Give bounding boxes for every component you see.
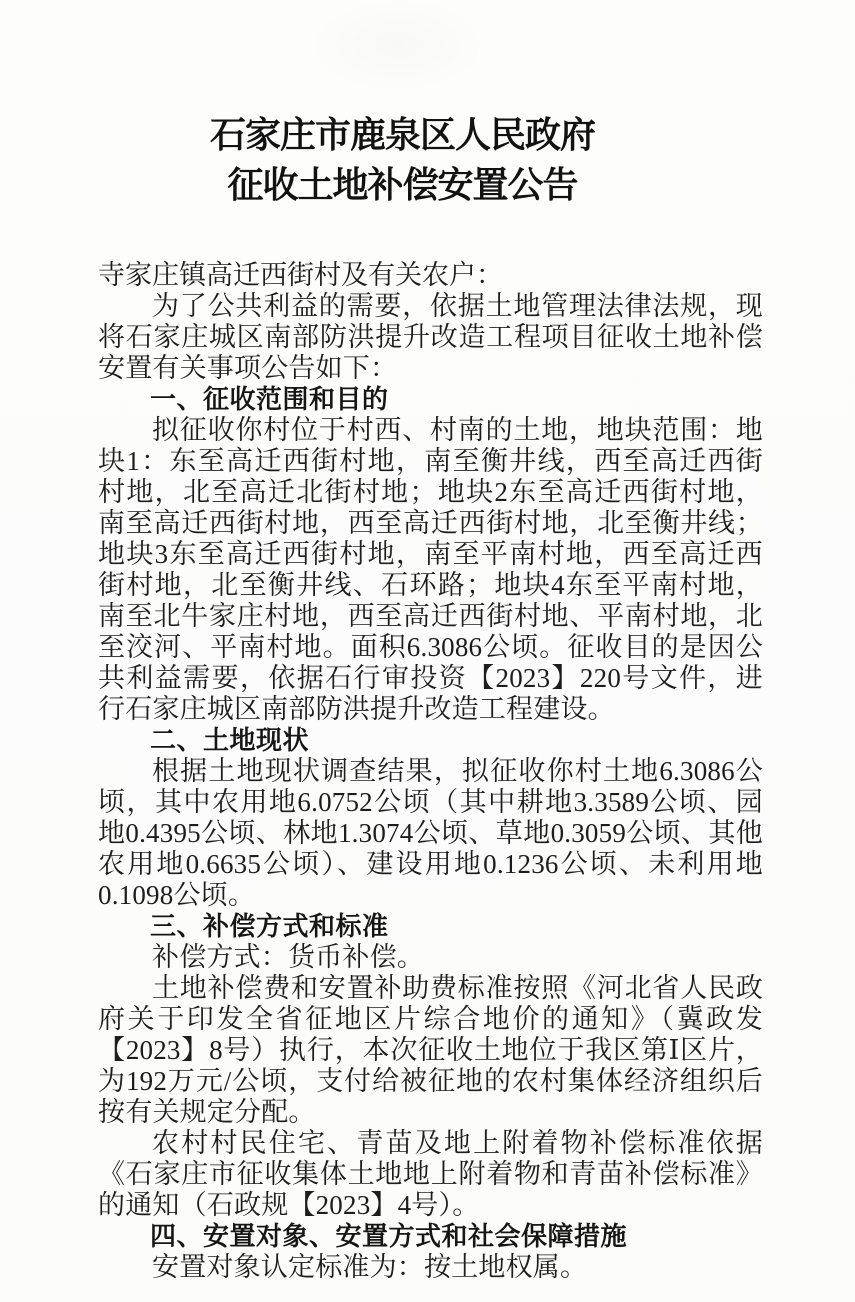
section-heading-1: 一、征收范围和目的 [98, 384, 763, 415]
paragraph-attachment-comp: 农村村民住宅、青苗及地上附着物补偿标准依据《石家庄市征收集体土地地上附着物和青苗… [98, 1128, 763, 1221]
section-heading-3: 三、补偿方式和标准 [98, 911, 763, 942]
salutation-line: 寺家庄镇高迁西街村及有关农户： [98, 260, 763, 291]
document-title-line-1: 石家庄市鹿泉区人民政府 [70, 110, 735, 160]
paragraph-land-status: 根据土地现状调查结果，拟征收你村土地6.3086公顷，其中农用地6.0752公顷… [98, 756, 763, 911]
paragraph-resettle-target: 安置对象认定标准为：按土地权属。 [98, 1252, 763, 1283]
document-title: 石家庄市鹿泉区人民政府 征收土地补偿安置公告 [70, 110, 735, 210]
paragraph-comp-method: 补偿方式：货币补偿。 [98, 942, 763, 973]
paragraph-intro: 为了公共利益的需要，依据土地管理法律法规，现将石家庄城区南部防洪提升改造工程项目… [98, 291, 763, 384]
document-content: 石家庄市鹿泉区人民政府 征收土地补偿安置公告 寺家庄镇高迁西街村及有关农户： 为… [0, 110, 855, 1283]
paragraph-scope: 拟征收你村位于村西、村南的土地，地块范围：地块1：东至高迁西街村地，南至衡井线，… [98, 415, 763, 725]
section-heading-4: 四、安置对象、安置方式和社会保障措施 [98, 1221, 763, 1252]
document-title-line-2: 征收土地补偿安置公告 [70, 160, 735, 210]
section-heading-2: 二、土地现状 [98, 725, 763, 756]
document-page: 石家庄市鹿泉区人民政府 征收土地补偿安置公告 寺家庄镇高迁西街村及有关农户： 为… [0, 0, 855, 1302]
paragraph-comp-standard: 土地补偿费和安置补助费标准按照《河北省人民政府关于印发全省征地区片综合地价的通知… [98, 973, 763, 1128]
